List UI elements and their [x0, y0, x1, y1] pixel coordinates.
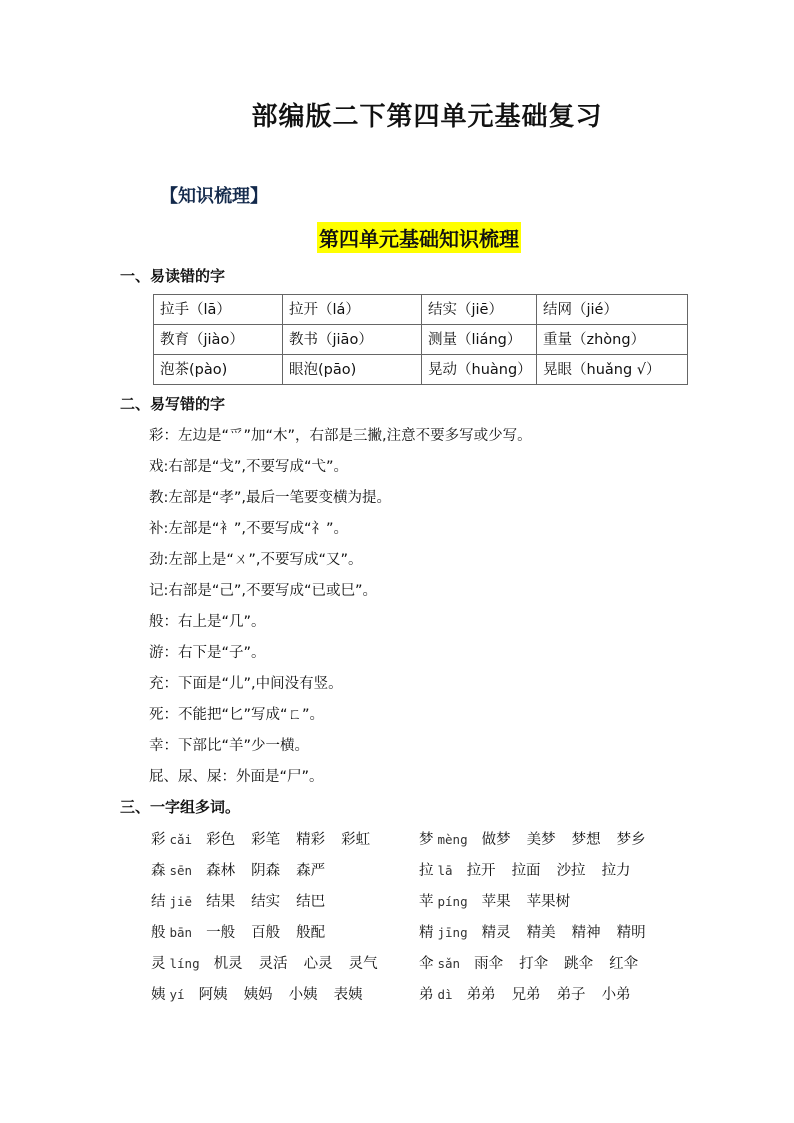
text-line: 劲:左部上是“ㄨ”,不要写成“又”。 — [149, 548, 363, 569]
compound-word: 精神 — [572, 921, 601, 942]
misread-characters-table: 拉手（lā） 拉开（lá） 结实（jiē） 结网（jié） 教育（jiào） 教… — [153, 294, 688, 385]
pinyin: sǎn — [438, 956, 461, 971]
text-line: 屁、尿、屎：外面是“尸”。 — [149, 765, 324, 786]
table-cell: 结实（jiē） — [422, 295, 537, 325]
compound-word: 拉面 — [512, 859, 541, 880]
document-title: 部编版二下第四单元基础复习 — [0, 96, 794, 133]
compound-word: 兄弟 — [512, 983, 541, 1004]
compound-word: 结巴 — [296, 890, 325, 911]
table-cell: 泡茶(pào) — [154, 355, 283, 385]
compound-word: 跳伞 — [564, 952, 593, 973]
text-line: 补:左部是“衤”,不要写成“礻”。 — [149, 517, 348, 538]
compound-word: 结果 — [206, 890, 235, 911]
pinyin: lā — [438, 863, 453, 878]
word-group-row: 弟dì弟弟兄弟弟子小弟 — [419, 983, 647, 1004]
compound-word: 精明 — [617, 921, 646, 942]
table-cell: 晃眼（huǎng √） — [537, 355, 688, 385]
compound-word: 小弟 — [602, 983, 631, 1004]
compound-word: 百般 — [251, 921, 280, 942]
compound-word: 彩虹 — [341, 828, 370, 849]
compound-word: 结实 — [251, 890, 280, 911]
head-character: 森 — [151, 859, 166, 880]
compound-word: 拉开 — [467, 859, 496, 880]
compound-word: 弟弟 — [467, 983, 496, 1004]
text-line: 教:左部是“孝”,最后一笔要变横为提。 — [149, 486, 391, 507]
text-line: 充：下面是“儿”,中间没有竖。 — [149, 672, 343, 693]
pinyin: yí — [170, 987, 185, 1002]
word-group-row: 拉lā拉开拉面沙拉拉力 — [419, 859, 647, 880]
word-group-row: 森sēn森林阴森森严 — [151, 859, 341, 880]
compound-word: 阿姨 — [199, 983, 228, 1004]
text-line: 般：右上是“几”。 — [149, 610, 266, 631]
compound-word: 打伞 — [519, 952, 548, 973]
table-cell: 教育（jiào） — [154, 325, 283, 355]
compound-word: 精彩 — [296, 828, 325, 849]
compound-word: 灵气 — [349, 952, 378, 973]
head-character: 般 — [151, 921, 166, 942]
pinyin: mèng — [438, 832, 468, 847]
head-character: 伞 — [419, 952, 434, 973]
pinyin: píng — [438, 894, 468, 909]
compound-word: 梦乡 — [617, 828, 646, 849]
text-line: 幸：下部比“羊”少一横。 — [149, 734, 309, 755]
table-cell: 测量（liáng） — [422, 325, 537, 355]
table-cell: 结网（jié） — [537, 295, 688, 325]
head-character: 弟 — [419, 983, 434, 1004]
compound-word: 梦想 — [572, 828, 601, 849]
pinyin: líng — [170, 956, 200, 971]
compound-word: 苹果树 — [527, 890, 571, 911]
compound-word: 苹果 — [482, 890, 511, 911]
word-group-row: 姨yí阿姨姨妈小姨表姨 — [151, 983, 379, 1004]
word-group-row: 般bān一般百般般配 — [151, 921, 341, 942]
knowledge-heading: 【知识梳理】 — [160, 182, 268, 208]
head-character: 精 — [419, 921, 434, 942]
table-row: 教育（jiào） 教书（jiāo） 测量（liáng） 重量（zhòng） — [154, 325, 688, 355]
section-heading-word-groups: 三、一字组多词。 — [120, 796, 240, 817]
head-character: 苹 — [419, 890, 434, 911]
head-character: 梦 — [419, 828, 434, 849]
compound-word: 心灵 — [304, 952, 333, 973]
table-cell: 晃动（huàng） — [422, 355, 537, 385]
word-group-row: 伞sǎn雨伞打伞跳伞红伞 — [419, 952, 654, 973]
compound-word: 森林 — [206, 859, 235, 880]
section-heading-misread: 一、易读错的字 — [120, 265, 225, 286]
compound-word: 般配 — [296, 921, 325, 942]
table-row: 泡茶(pào) 眼泡(pāo) 晃动（huàng） 晃眼（huǎng √） — [154, 355, 688, 385]
word-group-row: 梦mèng做梦美梦梦想梦乡 — [419, 828, 662, 849]
pinyin: bān — [170, 925, 193, 940]
highlighted-subtitle: 第四单元基础知识梳理 — [317, 222, 521, 253]
compound-word: 拉力 — [602, 859, 631, 880]
compound-word: 表姨 — [334, 983, 363, 1004]
text-line: 彩：左边是“爫”加“木”，右部是三撇,注意不要多写或少写。 — [149, 424, 532, 445]
text-line: 游：右下是“子”。 — [149, 641, 266, 662]
compound-word: 彩色 — [206, 828, 235, 849]
table-row: 拉手（lā） 拉开（lá） 结实（jiē） 结网（jié） — [154, 295, 688, 325]
head-character: 姨 — [151, 983, 166, 1004]
text-line: 戏:右部是“戈”,不要写成“弋”。 — [149, 455, 348, 476]
head-character: 灵 — [151, 952, 166, 973]
text-line: 记:右部是“己”,不要写成“已或巳”。 — [149, 579, 377, 600]
word-group-row: 灵líng机灵灵活心灵灵气 — [151, 952, 394, 973]
compound-word: 红伞 — [609, 952, 638, 973]
table-cell: 拉手（lā） — [154, 295, 283, 325]
compound-word: 雨伞 — [474, 952, 503, 973]
compound-word: 一般 — [206, 921, 235, 942]
pinyin: cǎi — [170, 832, 193, 847]
compound-word: 阴森 — [251, 859, 280, 880]
table-cell: 拉开（lá） — [283, 295, 422, 325]
head-character: 结 — [151, 890, 166, 911]
compound-word: 灵活 — [259, 952, 288, 973]
pinyin: sēn — [170, 863, 193, 878]
compound-word: 精灵 — [482, 921, 511, 942]
table-cell: 教书（jiāo） — [283, 325, 422, 355]
compound-word: 小姨 — [289, 983, 318, 1004]
table-cell: 眼泡(pāo) — [283, 355, 422, 385]
compound-word: 做梦 — [482, 828, 511, 849]
compound-word: 机灵 — [214, 952, 243, 973]
head-character: 拉 — [419, 859, 434, 880]
section-heading-miswritten: 二、易写错的字 — [120, 393, 225, 414]
head-character: 彩 — [151, 828, 166, 849]
word-group-row: 彩cǎi彩色彩笔精彩彩虹 — [151, 828, 386, 849]
word-group-row: 结jiē结果结实结巴 — [151, 890, 341, 911]
pinyin: jiē — [170, 894, 193, 909]
table-cell: 重量（zhòng） — [537, 325, 688, 355]
compound-word: 沙拉 — [557, 859, 586, 880]
compound-word: 精美 — [527, 921, 556, 942]
compound-word: 美梦 — [527, 828, 556, 849]
text-line: 死：不能把“匕”写成“ㄈ”。 — [149, 703, 324, 724]
compound-word: 彩笔 — [251, 828, 280, 849]
compound-word: 姨妈 — [244, 983, 273, 1004]
compound-word: 弟子 — [557, 983, 586, 1004]
pinyin: jīng — [438, 925, 468, 940]
pinyin: dì — [438, 987, 453, 1002]
word-group-row: 精jīng精灵精美精神精明 — [419, 921, 662, 942]
compound-word: 森严 — [296, 859, 325, 880]
word-group-row: 苹píng苹果苹果树 — [419, 890, 586, 911]
